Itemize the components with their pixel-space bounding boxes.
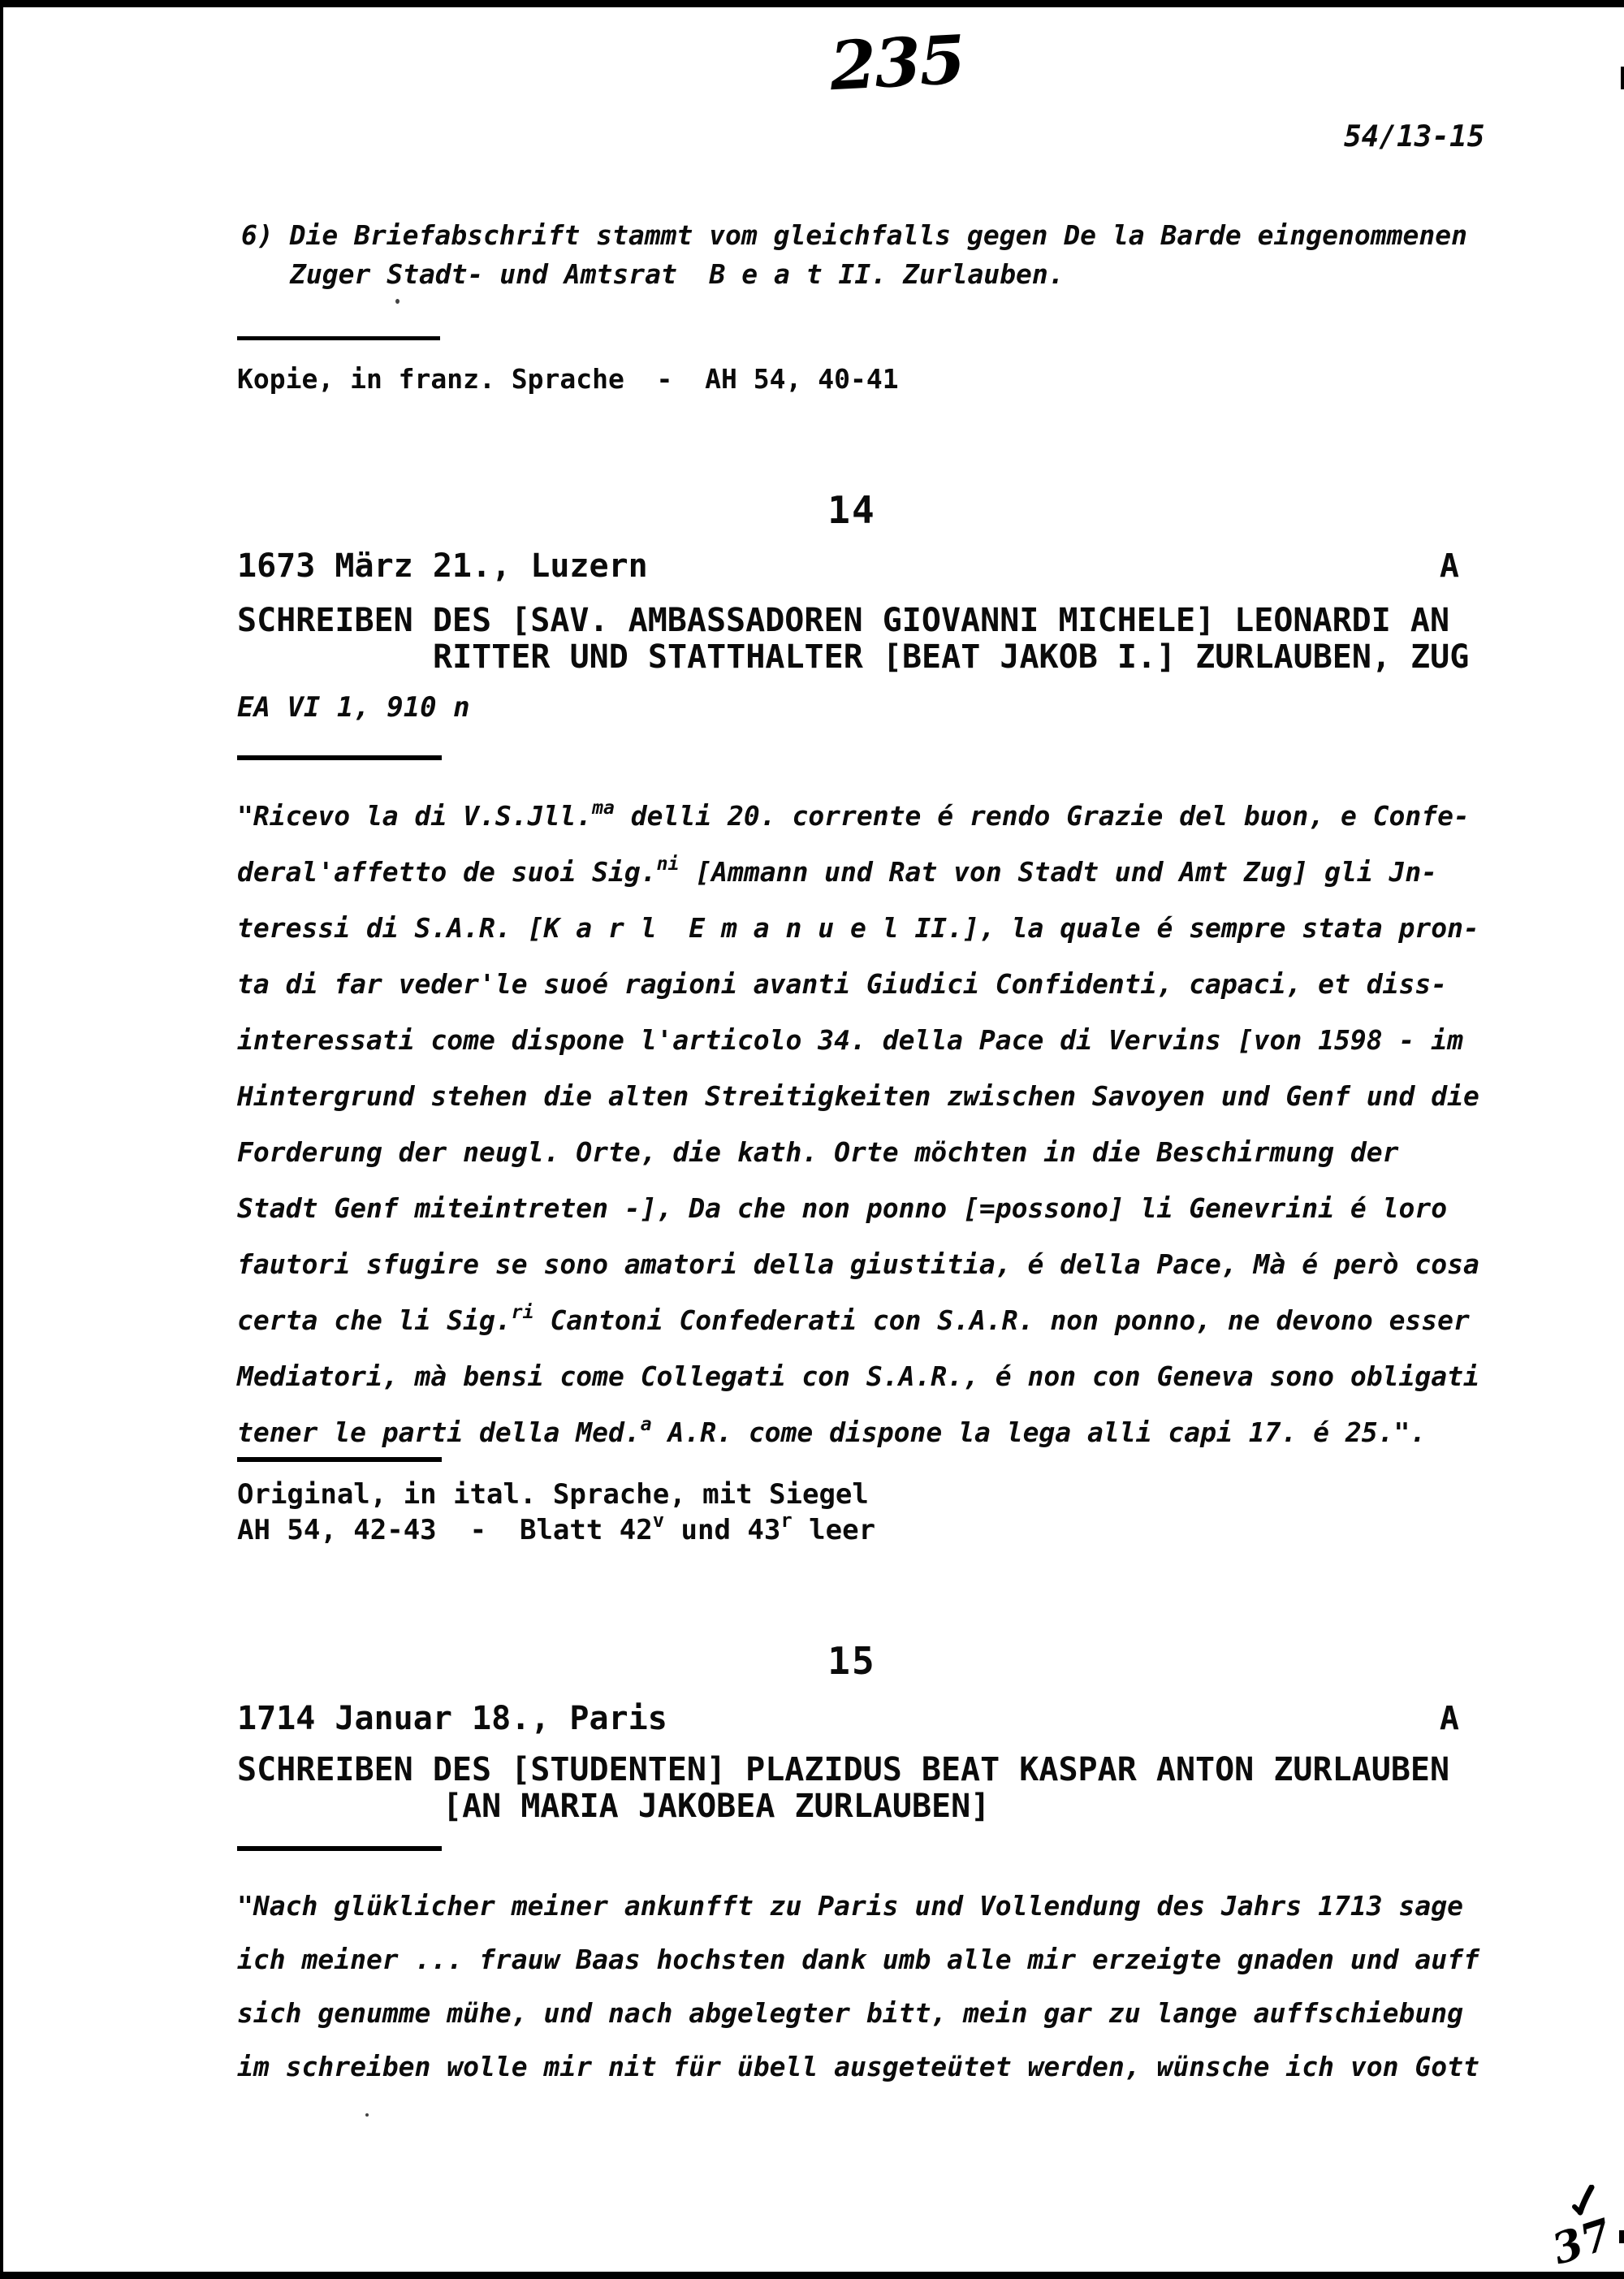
footnote-6: 6) Die Briefabschrift stammt vom gleichf… xyxy=(241,219,1467,297)
text-line: "Nach glüklicher meiner ankunfft zu Pari… xyxy=(237,1890,1479,1944)
ink-speck xyxy=(365,2113,369,2117)
divider-rule xyxy=(237,336,440,340)
entry-15-title: SCHREIBEN DES [STUDENTEN] PLAZIDUS BEAT … xyxy=(237,1751,1449,1824)
text-line: [AN MARIA JAKOBEA ZURLAUBEN] xyxy=(237,1788,1449,1824)
text-line: SCHREIBEN DES [STUDENTEN] PLAZIDUS BEAT … xyxy=(237,1751,1449,1788)
scan-edge-top xyxy=(0,0,1624,7)
entry-14-marker: A xyxy=(1440,547,1459,585)
divider-rule xyxy=(237,1846,442,1851)
text-line: deral'affetto de suoi Sig.ni [Ammann und… xyxy=(237,856,1479,912)
text-line: Hintergrund stehen die alten Streitigkei… xyxy=(237,1080,1479,1136)
text-line: im schreiben wolle mir nit für übell aus… xyxy=(237,2051,1479,2104)
entry-15-marker: A xyxy=(1440,1700,1459,1737)
entry-15-date-row: 1714 Januar 18., Paris A xyxy=(237,1700,1459,1737)
text-line: Mediatori, mà bensi come Collegati con S… xyxy=(237,1360,1479,1416)
handwritten-footer-number: 37 xyxy=(1546,2209,1618,2274)
entry-14-quote: "Ricevo la di V.S.Jll.ma delli 20. corre… xyxy=(237,800,1479,1472)
scan-edge-tick xyxy=(1619,2230,1624,2243)
text-line: Zuger Stadt- und Amtsrat B e a t II. Zur… xyxy=(241,258,1467,297)
ink-speck xyxy=(395,299,400,304)
text-line: Stadt Genf miteintreten -], Da che non p… xyxy=(237,1192,1479,1248)
text-line: sich genumme mühe, und nach abgelegter b… xyxy=(237,1997,1479,2051)
entry-14-title: SCHREIBEN DES [SAV. AMBASSADOREN GIOVANN… xyxy=(237,602,1469,675)
archive-reference: 54/13-15 xyxy=(1344,120,1484,154)
entry-15-number: 15 xyxy=(827,1639,875,1683)
text-line: SCHREIBEN DES [SAV. AMBASSADOREN GIOVANN… xyxy=(237,602,1469,638)
text-line: certa che li Sig.ri Cantoni Confederati … xyxy=(237,1304,1479,1360)
text-line: Forderung der neugl. Orte, die kath. Ort… xyxy=(237,1136,1479,1192)
text-line: "Ricevo la di V.S.Jll.ma delli 20. corre… xyxy=(237,800,1479,856)
entry-15-date: 1714 Januar 18., Paris xyxy=(237,1700,667,1737)
entry-14-number: 14 xyxy=(827,488,875,532)
scan-edge-left xyxy=(0,0,3,2279)
text-line: AH 54, 42-43 - Blatt 42v und 43r leer xyxy=(237,1514,875,1550)
text-line: 6) Die Briefabschrift stammt vom gleichf… xyxy=(241,219,1467,258)
scan-edge-tick xyxy=(1621,67,1624,89)
text-line: ta di far veder'le suoé ragioni avanti G… xyxy=(237,968,1479,1024)
entry-14-date: 1673 März 21., Luzern xyxy=(237,547,648,585)
text-line: RITTER UND STATTHALTER [BEAT JAKOB I.] Z… xyxy=(237,638,1469,675)
scanned-archive-page: 235 54/13-15 6) Die Briefabschrift stamm… xyxy=(0,0,1624,2279)
text-line: fautori sfugire se sono amatori della gi… xyxy=(237,1248,1479,1304)
entry-15-quote: "Nach glüklicher meiner ankunfft zu Pari… xyxy=(237,1890,1479,2104)
divider-rule xyxy=(237,755,442,760)
handwritten-page-number: 235 xyxy=(828,21,966,106)
text-line: ich meiner ... frauw Baas hochsten dank … xyxy=(237,1944,1479,1997)
divider-rule xyxy=(237,1457,442,1462)
copy-note: Kopie, in franz. Sprache - AH 54, 40-41 xyxy=(237,363,899,395)
entry-14-source-ref: EA VI 1, 910 n xyxy=(237,691,470,724)
text-line: tener le parti della Med.a A.R. come dis… xyxy=(237,1416,1479,1472)
scan-edge-bottom xyxy=(0,2272,1624,2279)
entry-14-date-row: 1673 März 21., Luzern A xyxy=(237,547,1459,585)
text-line: teressi di S.A.R. [K a r l E m a n u e l… xyxy=(237,912,1479,968)
entry-14-source-note: Original, in ital. Sprache, mit SiegelAH… xyxy=(237,1478,875,1550)
text-line: interessati come dispone l'articolo 34. … xyxy=(237,1024,1479,1080)
